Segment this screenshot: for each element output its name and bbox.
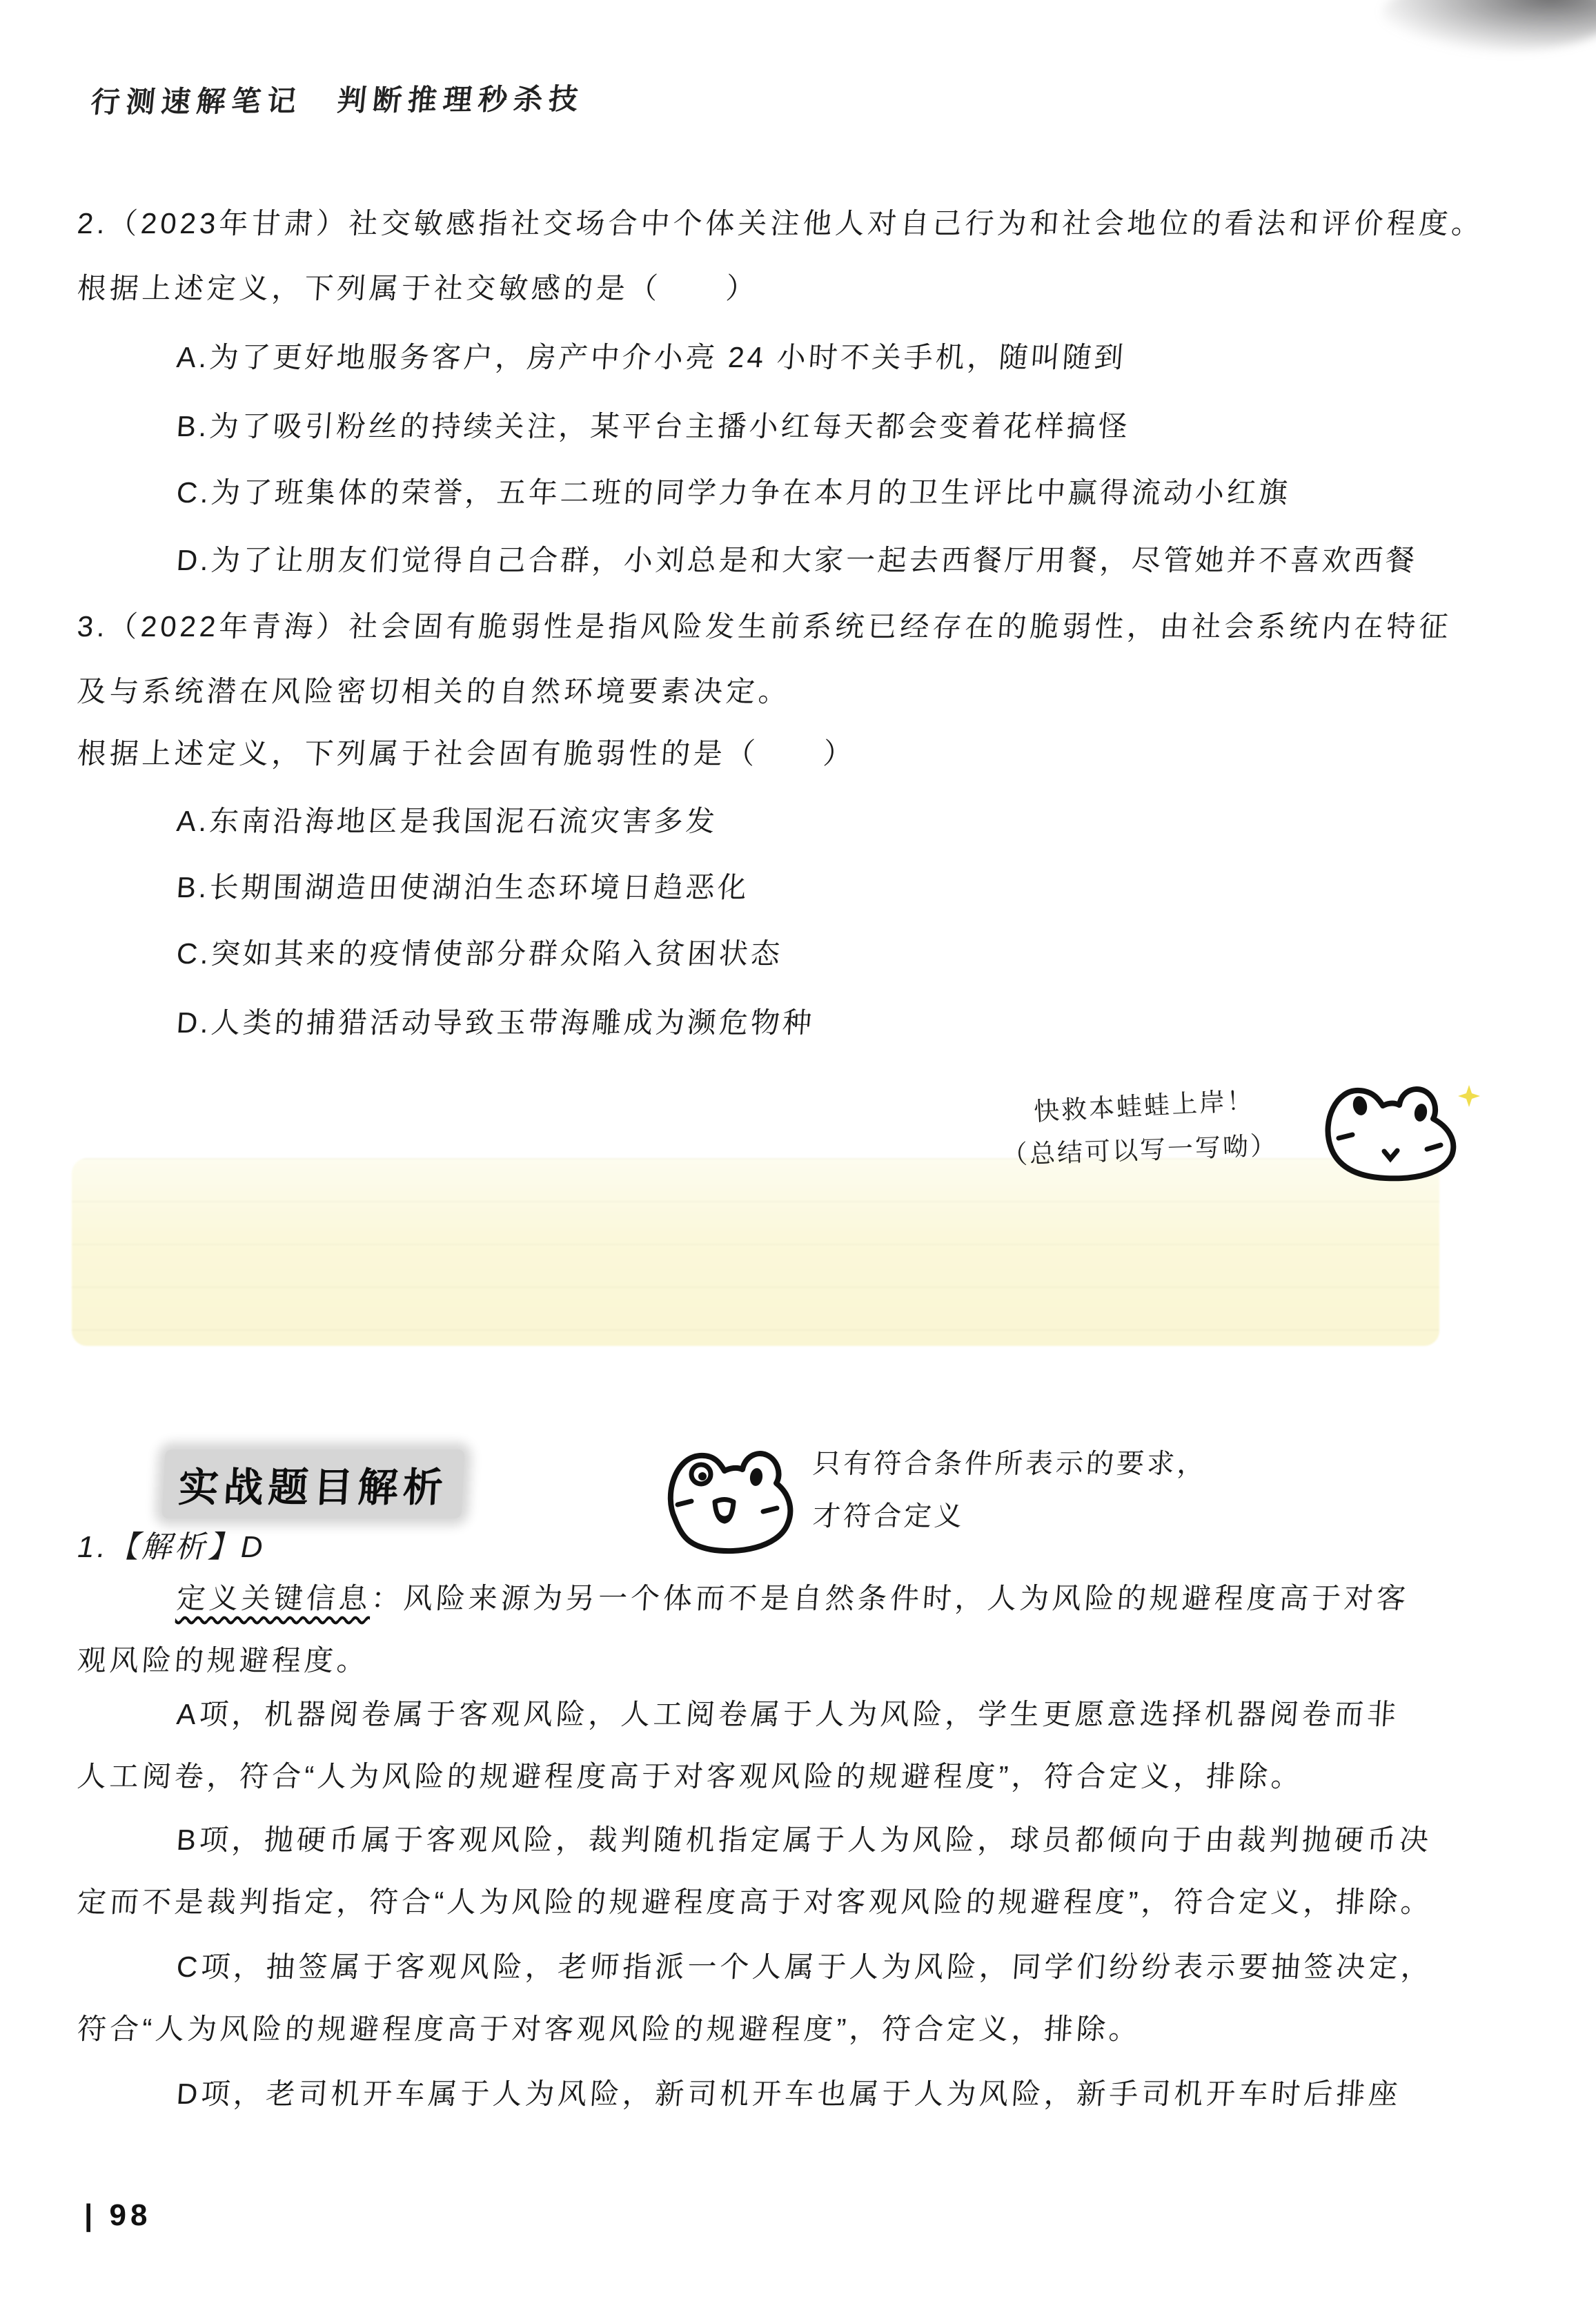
analysis-c-line2: 符合“人为风险的规避程度高于对客观风险的规避程度”，符合定义，排除。 xyxy=(76,2011,1143,2048)
scanned-textbook-page: 行测速解笔记 判断推理秒杀技 2.（2023年甘肃）社交敏感指社交场合中个体关注… xyxy=(0,0,1596,2297)
question2-option-c: C.为了班集体的荣誉，五年二班的同学力争在本月的卫生评比中赢得流动小红旗 xyxy=(175,475,1292,511)
analysis-a-line2: 人工阅卷，符合“人为风险的规避程度高于对客观风险的规避程度”，符合定义，排除。 xyxy=(76,1759,1305,1795)
question3-option-d: D.人类的捕猎活动导致玉带海雕成为濒危物种 xyxy=(175,1005,816,1042)
question3-stem-line3: 根据上述定义，下列属于社会固有脆弱性的是（ ） xyxy=(76,736,857,772)
frog-laughing-icon xyxy=(656,1437,800,1561)
section-title: 实战题目解析 xyxy=(161,1449,464,1518)
scan-corner-smudge xyxy=(1382,0,1596,52)
question2-option-a: A.为了更好地服务客户，房产中介小亮 24 小时不关手机，随叫随到 xyxy=(175,340,1127,376)
tip-line1: 只有符合条件所表示的要求， xyxy=(811,1447,1208,1481)
question3-stem-line2: 及与系统潜在风险密切相关的自然环境要素决定。 xyxy=(76,674,792,710)
question2-option-b: B.为了吸引粉丝的持续关注，某平台主播小红每天都会变着花样搞怪 xyxy=(175,409,1131,445)
sparkle-icon xyxy=(1458,1085,1480,1107)
page-number: | 98 xyxy=(84,2196,151,2234)
analysis-a-line1: A项，机器阅卷属于客观风险，人工阅卷属于人为风险，学生更愿意选择机器阅卷而非 xyxy=(175,1697,1401,1733)
analysis-d-line1: D项，老司机开车属于人为风险，新司机开车也属于人为风险，新手司机开车时后排座 xyxy=(175,2076,1402,2113)
question2-stem-line2: 根据上述定义，下列属于社交敏感的是（ ） xyxy=(76,271,760,307)
analysis-answer: 1.【解析】D xyxy=(77,1528,265,1566)
frog-note-line1: 快救本蛙蛙上岸！ xyxy=(1033,1085,1255,1128)
question2-option-d: D.为了让朋友们觉得自己合群，小刘总是和大家一起去西餐厅用餐，尽管她并不喜欢西餐 xyxy=(175,543,1419,579)
question3-stem-line1: 3.（2022年青海）社会固有脆弱性是指风险发生前系统已经存在的脆弱性，由社会系… xyxy=(76,609,1452,645)
book-running-head: 行测速解笔记 判断推理秒杀技 xyxy=(89,81,586,121)
question3-option-c: C.突如其来的疫情使部分群众陷入贫困状态 xyxy=(175,936,784,972)
analysis-key-line2: 观风险的规避程度。 xyxy=(76,1643,371,1679)
question2-stem-line1: 2.（2023年甘肃）社交敏感指社交场合中个体关注他人对自己行为和社会地位的看法… xyxy=(76,206,1485,242)
analysis-c-line1: C项，抽签属于客观风险，老师指派一个人属于人为风险，同学们纷纷表示要抽签决定， xyxy=(175,1949,1435,1986)
frog-icon xyxy=(1310,1071,1482,1182)
analysis-key-label: 定义关键信息 xyxy=(175,1582,372,1614)
analysis-key-rest: ：风险来源为另一个体而不是自然条件时，人为风险的规避程度高于对客 xyxy=(370,1582,1410,1614)
analysis-b-line2: 定而不是裁判指定，符合“人为风险的规避程度高于对客观风险的规避程度”，符合定义，… xyxy=(76,1884,1435,1921)
summary-sticky-area xyxy=(72,1158,1439,1346)
analysis-b-line1: B项，抛硬币属于客观风险，裁判随机指定属于人为风险，球员都倾向于由裁判抛硬币决 xyxy=(175,1822,1433,1859)
question3-option-b: B.长期围湖造田使湖泊生态环境日趋恶化 xyxy=(175,870,750,906)
question3-option-a: A.东南沿海地区是我国泥石流灾害多发 xyxy=(175,803,718,840)
analysis-key-line1: 定义关键信息：风险来源为另一个体而不是自然条件时，人为风险的规避程度高于对客 xyxy=(175,1581,1410,1617)
tip-line2: 才符合定义 xyxy=(811,1499,965,1534)
